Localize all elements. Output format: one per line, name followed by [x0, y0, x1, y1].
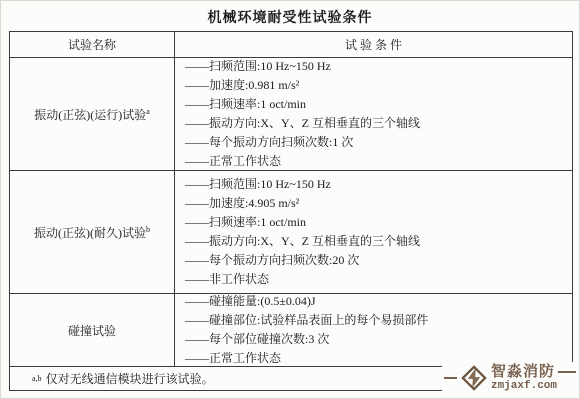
footnote-text: 仅对无线通信模块进行该试验。 — [46, 370, 214, 387]
table-row: 振动(正弦)(耐久)试验b ——扫频范围:10 Hz~150 Hz——加速度:4… — [10, 171, 572, 294]
logo-rule-left — [444, 377, 457, 379]
test-conditions-cell: ——扫频范围:10 Hz~150 Hz——加速度:4.905 m/s²——扫频速… — [175, 171, 572, 293]
table-header-row: 试验名称 试 验 条 件 — [10, 32, 572, 58]
test-conditions-cell: ——碰撞能量:(0.5±0.04)J——碰撞部位:试验样品表面上的每个易损部件—… — [175, 294, 572, 366]
condition-line: ——正常工作状态 — [185, 152, 572, 171]
watermark-logo: 智淼消防 zmjaxf.com — [442, 362, 576, 394]
test-name-label: 振动(正弦)(耐久)试验b — [34, 224, 150, 241]
footnote-marker: a — [146, 107, 150, 116]
condition-line: ——每个部位碰撞次数:3 次 — [185, 330, 572, 349]
test-name-cell: 振动(正弦)(运行)试验a — [10, 58, 175, 170]
condition-line: ——每个振动方向扫频次数:20 次 — [185, 251, 572, 270]
condition-line: ——扫频速率:1 oct/min — [185, 95, 572, 114]
condition-line: ——非工作状态 — [185, 270, 572, 289]
document-page: 机械环境耐受性试验条件 试验名称 试 验 条 件 振动(正弦)(运行)试验a —… — [0, 0, 580, 399]
header-test-condition: 试 验 条 件 — [175, 32, 572, 57]
condition-line: ——扫频速率:1 oct/min — [185, 213, 572, 232]
logo-text-block: 智淼消防 zmjaxf.com — [491, 364, 576, 392]
test-name-label: 碰撞试验 — [68, 322, 116, 339]
condition-line: ——碰撞能量:(0.5±0.04)J — [185, 292, 572, 311]
table-row: 振动(正弦)(运行)试验a ——扫频范围:10 Hz~150 Hz——加速度:0… — [10, 58, 572, 171]
condition-line: ——碰撞部位:试验样品表面上的每个易损部件 — [185, 311, 572, 330]
test-name-cell: 振动(正弦)(耐久)试验b — [10, 171, 175, 293]
condition-line: ——振动方向:X、Y、Z 互相垂直的三个轴线 — [185, 232, 572, 251]
condition-line: ——每个振动方向扫频次数:1 次 — [185, 133, 572, 152]
table-row: 碰撞试验 ——碰撞能量:(0.5±0.04)J——碰撞部位:试验样品表面上的每个… — [10, 294, 572, 367]
condition-line: ——加速度:4.905 m/s² — [185, 194, 572, 213]
condition-line: ——加速度:0.981 m/s² — [185, 76, 572, 95]
condition-line: ——振动方向:X、Y、Z 互相垂直的三个轴线 — [185, 114, 572, 133]
footnote-marker: b — [146, 225, 150, 234]
brand-domain: zmjaxf.com — [491, 381, 576, 392]
fire-brand-icon — [459, 363, 489, 393]
brand-name: 智淼消防 — [491, 364, 555, 379]
header-test-name: 试验名称 — [10, 32, 175, 57]
logo-rule-right — [558, 371, 576, 373]
test-conditions-table: 试验名称 试 验 条 件 振动(正弦)(运行)试验a ——扫频范围:10 Hz~… — [9, 31, 573, 391]
test-conditions-cell: ——扫频范围:10 Hz~150 Hz——加速度:0.981 m/s²——扫频速… — [175, 58, 572, 170]
page-title: 机械环境耐受性试验条件 — [1, 7, 579, 27]
test-name-label: 振动(正弦)(运行)试验a — [34, 106, 150, 123]
condition-line: ——扫频范围:10 Hz~150 Hz — [185, 175, 572, 194]
test-name-cell: 碰撞试验 — [10, 294, 175, 366]
condition-line: ——扫频范围:10 Hz~150 Hz — [185, 57, 572, 76]
